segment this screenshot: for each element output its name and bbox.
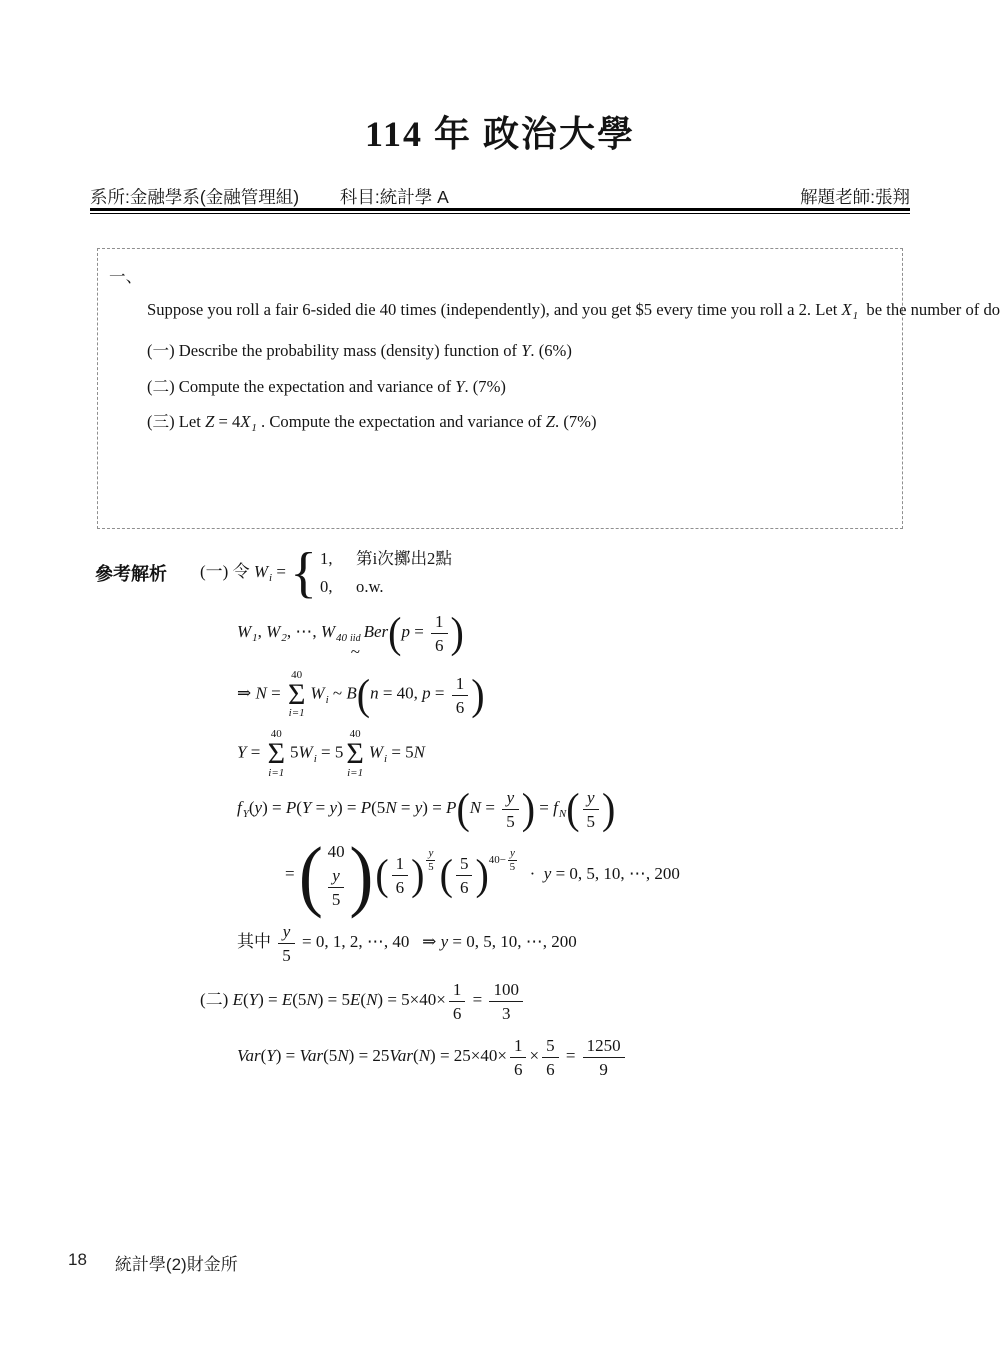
math-txt: =: [481, 798, 499, 817]
math-it: P: [446, 798, 456, 817]
math-txt: . (7%): [555, 412, 596, 431]
math-txt: be the number of dollars you win on roll…: [858, 300, 1000, 319]
math-it: W: [266, 622, 280, 641]
math-frac: 56: [542, 1035, 559, 1079]
math-txt: ) =: [258, 990, 282, 1009]
math-it: p: [422, 684, 431, 703]
math-it: W: [299, 743, 313, 762]
formula-line-expectation: (二) E(Y) = E(5N) = 5E(N) = 5×40×16 = 100…: [200, 979, 940, 1023]
math-txt: = 5: [387, 743, 414, 762]
formula-line-binomial-sum: ⇒ N = 40Σi=1Wi ~ B(n = 40, p = 16): [237, 670, 940, 720]
math-txt: =: [311, 798, 329, 817]
math-txt: ) =: [422, 798, 446, 817]
math-sub: 40: [336, 632, 347, 644]
exam-solution-page: 114 年 政治大學 系所:金融學系(金融管理組) 科目:統計學 A 解題老師:…: [0, 0, 1000, 1353]
math-lp: (: [456, 787, 469, 830]
math-frac: y5: [278, 921, 295, 965]
math-it: Y: [249, 990, 258, 1009]
math-frac: 12509: [583, 1035, 625, 1079]
math-it: X: [841, 300, 851, 319]
page-number: 18: [68, 1250, 87, 1275]
math-lp: (: [566, 787, 579, 830]
math-txt: =: [468, 990, 486, 1009]
math-txt: = 4: [214, 412, 240, 431]
math-it: Y: [302, 798, 311, 817]
math-sum: 40Σi=1: [288, 670, 305, 720]
math-it: Y: [266, 1046, 275, 1065]
math-txt: (三) Let: [147, 412, 205, 431]
math-it: Z: [205, 412, 214, 431]
math-txt: , ⋯,: [287, 622, 321, 641]
math-rp: ): [602, 787, 615, 830]
math-cases: {1,第i次擲出2點0,o.w.: [290, 545, 452, 601]
footer-book-title: 統計學(2)財金所: [115, 1250, 238, 1275]
math-it: Ber: [364, 622, 389, 641]
math-rp: ): [411, 853, 424, 896]
math-it: n: [370, 684, 379, 703]
header-subject: 科目:統計學 A: [340, 187, 449, 207]
math-frac: y5: [583, 787, 600, 831]
math-it: N: [470, 798, 481, 817]
math-txt: ) =: [276, 1046, 300, 1065]
math-txt: =: [410, 622, 428, 641]
header-row: 系所:金融學系(金融管理組) 科目:統計學 A 解題老師:張翔: [90, 184, 910, 209]
math-txt: = 0, 1, 2, ⋯, 40 ⇒: [298, 932, 441, 951]
math-it: P: [361, 798, 371, 817]
rule-thin-line: [90, 213, 910, 214]
formula-line-variance: Var(Y) = Var(5N) = 25Var(N) = 25×40×16×5…: [237, 1035, 940, 1079]
math-it: W: [310, 684, 324, 703]
math-it: W: [254, 562, 268, 581]
math-it: P: [286, 798, 296, 817]
math-txt: ⇒: [237, 684, 256, 703]
problem-statement: 一、Suppose you roll a fair 6-sided die 40…: [109, 261, 886, 332]
rule-thick-line: [90, 208, 910, 211]
solution-body: (一) 令 Wi = {1,第i次擲出2點0,o.w. W1, W2, ⋯, W…: [200, 545, 940, 1079]
math-it: X: [240, 412, 250, 431]
problem-part-1: (一) Describe the probability mass (densi…: [147, 335, 886, 368]
problem-part-2: (二) Compute the expectation and variance…: [147, 371, 886, 404]
problem-number: 一、: [109, 261, 147, 294]
math-it: N: [366, 990, 377, 1009]
problem-part-3: (三) Let Z = 4X1 . Compute the expectatio…: [147, 406, 886, 445]
math-txt: ,: [258, 622, 267, 641]
solution-label: 參考解析: [95, 560, 167, 586]
header-teacher: 解題老師:張翔: [800, 184, 910, 209]
math-it: N: [419, 1046, 430, 1065]
math-txt: (5: [323, 1046, 337, 1065]
math-it: Z: [546, 412, 555, 431]
math-it: N: [337, 1046, 348, 1065]
math-txt: ) = 5×40×: [377, 990, 445, 1009]
math-ov: iid~: [350, 634, 361, 660]
page-footer: 18 統計學(2)財金所: [68, 1250, 238, 1275]
math-it: N: [385, 798, 396, 817]
math-frac: 16: [431, 611, 448, 655]
math-it: p: [401, 622, 410, 641]
formula-line-define-indicator: (一) 令 Wi = {1,第i次擲出2點0,o.w.: [200, 545, 940, 601]
math-txt: = 5: [317, 743, 344, 762]
math-rp: ): [522, 787, 535, 830]
formula-line-pmf: fY(y) = P(Y = y) = P(5N = y) = P(N = y5)…: [237, 787, 940, 831]
math-txt: ) =: [337, 798, 361, 817]
math-binom: (40y5): [299, 839, 373, 911]
header-department: 系所:金融學系(金融管理組): [90, 187, 299, 207]
math-it: E: [350, 990, 360, 1009]
math-txt: =: [562, 1046, 580, 1065]
math-txt: = 40,: [379, 684, 423, 703]
math-txt: ) = 25: [349, 1046, 390, 1065]
math-rp: ): [451, 611, 464, 654]
math-frac: 16: [449, 979, 466, 1023]
problem-box: 一、Suppose you roll a fair 6-sided die 40…: [97, 248, 903, 529]
math-txt: = 0, 5, 10, ⋯, 200: [448, 932, 577, 951]
formula-line-support: 其中 y5 = 0, 1, 2, ⋯, 40 ⇒ y = 0, 5, 10, ⋯…: [237, 921, 940, 965]
formula-line-y-equals-5n: Y = 40Σi=15Wi = 540Σi=1Wi = 5N: [237, 729, 940, 779]
math-it: y: [255, 798, 263, 817]
math-txt: =: [535, 798, 553, 817]
header-left: 系所:金融學系(金融管理組) 科目:統計學 A: [90, 184, 449, 209]
math-txt: (5: [292, 990, 306, 1009]
math-frac: 16: [510, 1035, 527, 1079]
math-txt: (二): [200, 990, 233, 1009]
math-lp: (: [357, 673, 370, 716]
math-frac: 56: [456, 853, 473, 897]
math-txt: . (7%): [464, 377, 505, 396]
math-it: y: [329, 798, 337, 817]
math-lp: (: [375, 853, 388, 896]
math-txt: = 0, 5, 10, ⋯, 200: [551, 864, 680, 883]
problem-text: Suppose you roll a fair 6-sided die 40 t…: [147, 300, 1000, 319]
math-it: B: [346, 684, 356, 703]
math-txt: =: [246, 743, 264, 762]
math-it: E: [282, 990, 292, 1009]
math-txt: =: [397, 798, 415, 817]
math-txt: ) = 25×40×: [430, 1046, 507, 1065]
math-frac: y5: [502, 787, 519, 831]
math-it: N: [306, 990, 317, 1009]
math-it: N: [414, 743, 425, 762]
math-txt: =: [431, 684, 449, 703]
math-it: Var: [237, 1046, 261, 1065]
math-txt: ·: [517, 864, 544, 883]
math-txt: ×: [529, 1046, 539, 1065]
math-txt: (5: [371, 798, 385, 817]
math-lp: (: [388, 611, 401, 654]
math-it: f: [237, 798, 242, 817]
math-lp: (: [440, 853, 453, 896]
math-frac: 16: [452, 673, 469, 717]
header-rule: [90, 208, 910, 214]
math-it: E: [233, 990, 243, 1009]
math-rp: ): [475, 853, 488, 896]
math-txt: 其中: [237, 932, 275, 951]
math-frac: 1003: [489, 979, 523, 1023]
math-it: Var: [300, 1046, 324, 1065]
math-supf: 40−y5: [489, 854, 517, 866]
math-it: W: [237, 622, 251, 641]
math-it: Var: [389, 1046, 413, 1065]
math-it: W: [369, 743, 383, 762]
math-txt: Suppose you roll a fair 6-sided die 40 t…: [147, 300, 841, 319]
math-sum: 40Σi=1: [346, 729, 363, 779]
math-sub: N: [559, 808, 566, 820]
math-txt: =: [272, 562, 290, 581]
formula-line-pmf-binomial: = (40y5)(16)y5 (56)40−y5 · y = 0, 5, 10,…: [285, 839, 940, 911]
math-rp: ): [471, 673, 484, 716]
math-it: y: [441, 932, 449, 951]
math-txt: ) =: [262, 798, 286, 817]
math-txt: 5: [290, 743, 299, 762]
math-txt: (二) Compute the expectation and variance…: [147, 377, 455, 396]
math-txt: (一) Describe the probability mass (densi…: [147, 341, 521, 360]
math-txt: ~: [329, 684, 347, 703]
formula-line-iid-bernoulli: W1, W2, ⋯, W40iid~Ber(p = 16): [237, 611, 940, 660]
math-it: N: [256, 684, 267, 703]
math-txt: (一) 令: [200, 562, 254, 581]
math-txt: . Compute the expectation and variance o…: [257, 412, 546, 431]
math-frac: 16: [392, 853, 409, 897]
math-it: f: [553, 798, 558, 817]
page-title: 114 年 政治大學: [0, 106, 1000, 157]
math-supf: y5: [424, 854, 435, 866]
math-txt: ) = 5: [318, 990, 350, 1009]
math-it: W: [321, 622, 335, 641]
math-txt: . (6%): [530, 341, 571, 360]
math-txt: =: [267, 684, 285, 703]
math-sum: 40Σi=1: [268, 729, 285, 779]
math-txt: =: [285, 864, 299, 883]
